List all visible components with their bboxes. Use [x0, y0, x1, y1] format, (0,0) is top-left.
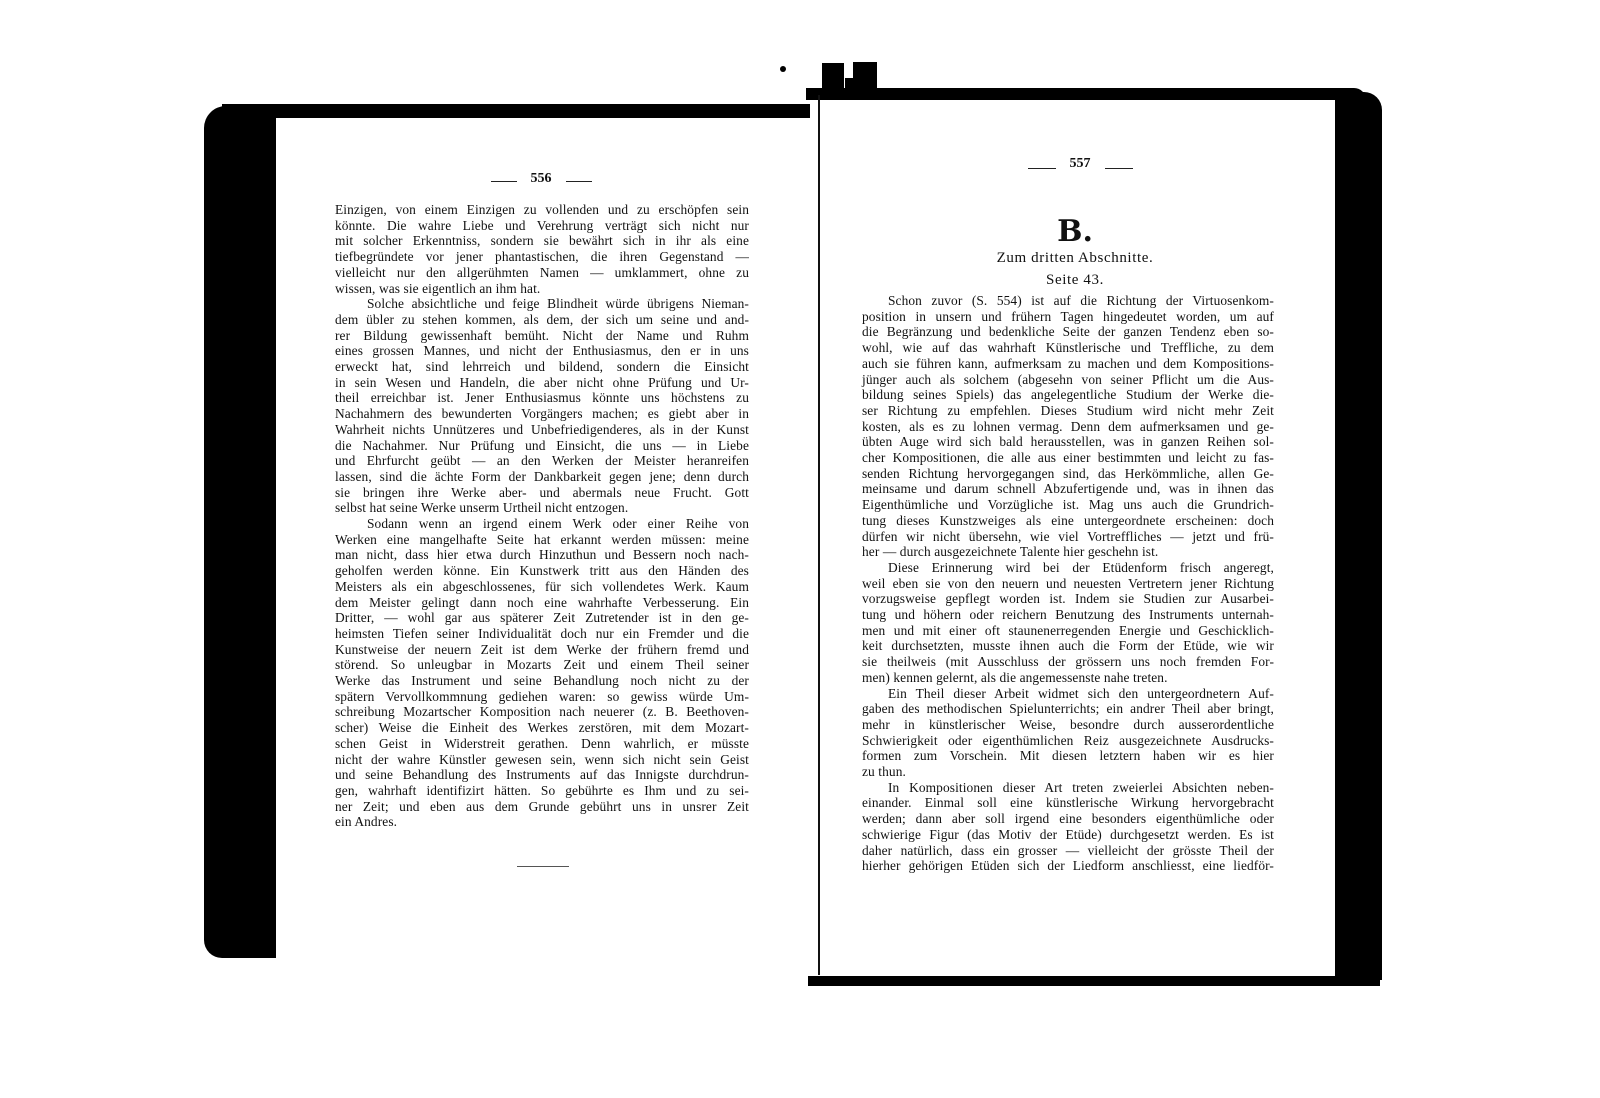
text-line: ner Zeit; und eben aus dem Grunde gebühr…	[335, 799, 749, 815]
text-line: men und mit einer oft staunenerregenden …	[862, 623, 1274, 639]
text-line: einander. Einmal soll eine künstlerische…	[862, 795, 1274, 811]
text-line: spätern Vervollkommnung gediehen waren: …	[335, 689, 749, 705]
page-number-rule-left	[1028, 168, 1056, 169]
end-rule	[517, 866, 569, 867]
text-line: auch sie führen kann, aufmerksam zu mach…	[862, 356, 1274, 372]
text-line: Werke das Instrument und seine Behandlun…	[335, 673, 749, 689]
text-line: scher) Weise die Einheit des Werkes zers…	[335, 720, 749, 736]
text-line: senden Richtung hervorgegangen sind, das…	[862, 466, 1274, 482]
text-line: mit solcher Erkenntniss, sondern sie bew…	[335, 233, 749, 249]
text-line: Schon zuvor (S. 554) ist auf die Richtun…	[888, 293, 1274, 309]
text-line: dem Meister gelingt dann noch eine wahrh…	[335, 595, 749, 611]
text-line: und seine Behandlung des Instruments auf…	[335, 767, 749, 783]
text-line: eines grossen Mannes, und nicht der Enth…	[335, 343, 749, 359]
text-line: Eigenthümliche und Vorzügliche ist. Mag …	[862, 497, 1274, 513]
page-number: 557	[1060, 156, 1100, 172]
text-line: Ein Theil dieser Arbeit widmet sich den …	[888, 686, 1274, 702]
text-line: formen zum Vorschein. Mit diesen letzter…	[862, 748, 1274, 764]
text-line: Wahrheit nichts Unnützeres und Unbefried…	[335, 422, 749, 438]
text-line: erweckt hat, sind lehrreich und bildend,…	[335, 359, 749, 375]
text-line: bildung seines Spiels) das angelegentlic…	[862, 387, 1274, 403]
text-line: vorzugsweise gepflegt worden ist. Indem …	[862, 591, 1274, 607]
text-line: zu thun.	[862, 764, 1274, 780]
left-top-edge	[222, 104, 810, 118]
text-line: schreibung Mozartscher Komposition nach …	[335, 704, 749, 720]
right-cover-edge	[1335, 92, 1382, 980]
text-line: tung dieses Kunstzweiges als eine unterg…	[862, 513, 1274, 529]
text-line: gaben des methodischen Spielunterrichts;…	[862, 701, 1274, 717]
text-line: störend. So unleugbar in Mozarts Zeit un…	[335, 657, 749, 673]
text-line: position in unsern und frühern Tagen hin…	[862, 309, 1274, 325]
text-line: die Nachahmer. Nur Prüfung und Einsicht,…	[335, 438, 749, 454]
text-line: übten Auge wird sich bald herausstellen,…	[862, 434, 1274, 450]
text-line: men) kennen gelernt, als die angemessens…	[862, 670, 1274, 686]
text-line: in sein Wesen und Handeln, die aber nich…	[335, 375, 749, 391]
text-line: dürfen wir nicht übersehn, wie viel Vort…	[862, 529, 1274, 545]
text-line: lassen, sind die ächte Form der Dankbark…	[335, 469, 749, 485]
text-line: Diese Erinnerung wird bei der Etüdenform…	[888, 560, 1274, 576]
text-line: Einzigen, von einem Einzigen zu vollende…	[335, 202, 749, 218]
text-line: mehr in künstlerischer Weise, besondre d…	[862, 717, 1274, 733]
text-line: ein Andres.	[335, 814, 749, 830]
text-line: ser Richtung zu empfehlen. Dieses Studiu…	[862, 403, 1274, 419]
text-line: Nachahmern des bewunderten Vorgängers ma…	[335, 406, 749, 422]
section-letter: B.	[1020, 214, 1130, 249]
text-line: wohl, wie auf das wahrhaft Künstlerische…	[862, 340, 1274, 356]
text-line: sie theilweis (mit Ausschluss der grösse…	[862, 654, 1274, 670]
text-line: und Ehrfurcht geübt — an den Werken der …	[335, 453, 749, 469]
text-line: In Kompositionen dieser Art treten zweie…	[888, 780, 1274, 796]
text-line: schwierige Figur (das Motiv der Etüde) d…	[862, 827, 1274, 843]
spine-tab-3	[845, 78, 857, 92]
left-cover-edge	[204, 106, 276, 958]
right-page: 557 B. Zum dritten Abschnitte. Seite 43.…	[820, 100, 1335, 976]
text-line: daher natürlich, dass ein grosser — viel…	[862, 843, 1274, 859]
text-line: meinsame und darum schnell Abzufertigend…	[862, 481, 1274, 497]
section-title: Zum dritten Abschnitte.	[920, 250, 1230, 267]
right-bottom-edge	[808, 976, 1380, 986]
text-line: gen, wahrhaft identifizirt hätten. So ge…	[335, 783, 749, 799]
spine-tab-1	[822, 63, 844, 93]
text-line: vielleicht nur den allgerühmten Namen — …	[335, 265, 749, 281]
text-line: rer Bildung gewissenhaft bemüht. Nicht d…	[335, 328, 749, 344]
text-line: heimsten Tiefen seiner Individualität do…	[335, 626, 749, 642]
section-reference: Seite 43.	[1000, 272, 1150, 289]
text-line: tung und höhern oder reichern Benutzung …	[862, 607, 1274, 623]
text-line: cher Kompositionen, die alle aus einer b…	[862, 450, 1274, 466]
page-number-rule-left	[491, 181, 517, 182]
page-number-rule-right	[566, 181, 592, 182]
text-line: man nicht, dass hier etwa durch Hinzuthu…	[335, 547, 749, 563]
text-line: könnte. Die wahre Liebe und Verehrung ve…	[335, 218, 749, 234]
text-line: kosten, als es zu lohnen vermag. Denn de…	[862, 419, 1274, 435]
text-line: die Begränzung und bedenkliche Seite der…	[862, 324, 1274, 340]
text-line: keit durchsetzten, musste ihnen auch die…	[862, 638, 1274, 654]
text-line: Kunstweise der neuern Zeit ist dem Werke…	[335, 642, 749, 658]
text-line: nicht der wahre Künstler gewesen sein, w…	[335, 752, 749, 768]
text-line: dem übler zu stehen kommen, als dem, der…	[335, 312, 749, 328]
scan-speck	[780, 66, 786, 72]
text-line: selbst hat seine Werke unserm Urtheil ni…	[335, 500, 749, 516]
text-line: wissen, was sie eigentlich an ihm hat.	[335, 281, 749, 297]
text-line: Solche absichtliche und feige Blindheit …	[367, 296, 749, 312]
text-line: her — durch ausgezeichnete Talente hier …	[862, 544, 1274, 560]
text-line: jünger auch als solchem (abgesehn von se…	[862, 372, 1274, 388]
text-line: werden; dann aber soll irgend eine beson…	[862, 811, 1274, 827]
text-line: sie bringen ihre Werke aber- und abermal…	[335, 485, 749, 501]
text-line: Dritter, — wohl gar aus späterer Zeit Zu…	[335, 610, 749, 626]
text-line: theil erreichbar ist. Jener Enthusiasmus…	[335, 390, 749, 406]
text-line: hierher gehörigen Etüden sich der Liedfo…	[862, 858, 1274, 874]
text-line: Meisters als ein abgeschlossenes, für si…	[335, 579, 749, 595]
page-number-rule-right	[1105, 168, 1133, 169]
text-line: weil eben sie von den neuern und neueste…	[862, 576, 1274, 592]
text-line: Werken eine mangelhafte Seite hat erkann…	[335, 532, 749, 548]
left-page: 556 Einzigen, von einem Einzigen zu voll…	[276, 118, 816, 968]
text-line: Schwierigkeit oder eigenthümlichen Reiz …	[862, 733, 1274, 749]
text-line: geholfen werden könne. Ein Kunstwerk tri…	[335, 563, 749, 579]
text-line: tiefbegründete vor jener phantastischen,…	[335, 249, 749, 265]
page-number: 556	[521, 171, 561, 187]
text-line: Sodann wenn an irgend einem Werk oder ei…	[367, 516, 749, 532]
text-line: schen Geist in Widerstreit gerathen. Den…	[335, 736, 749, 752]
right-top-edge	[806, 88, 1366, 100]
